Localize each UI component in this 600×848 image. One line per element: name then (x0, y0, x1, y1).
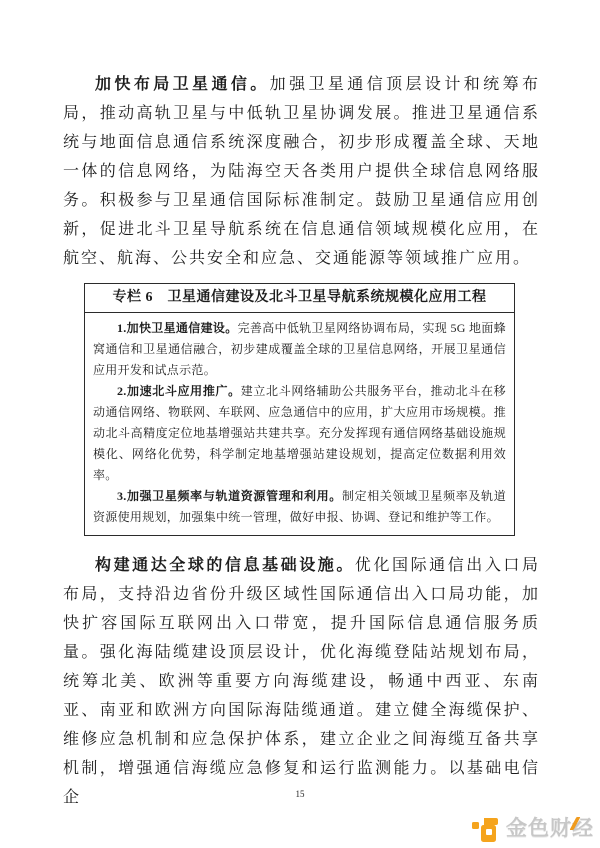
document-page: 加快布局卫星通信。加强卫星通信顶层设计和统筹布局，推动高轨卫星与中低轨卫星协调发… (0, 0, 600, 848)
box-body: 1.加快卫星通信建设。完善高中低轨卫星网络协调布局，实现 5G 地面蜂窝通信和卫… (85, 313, 514, 535)
box-item-lead: 3.加强卫星频率与轨道资源管理和利用。 (117, 489, 342, 503)
page-number: 15 (0, 789, 600, 799)
paragraph-global-infrastructure: 构建通达全球的信息基础设施。优化国际通信出入口局布局，支持沿边省份升级区域性国际… (63, 551, 540, 812)
paragraph-lead: 构建通达全球的信息基础设施。 (95, 557, 355, 574)
paragraph-lead: 加快布局卫星通信。 (95, 76, 270, 93)
box-item-2: 2.加速北斗应用推广。建立北斗网络辅助公共服务平台，推动北斗在移动通信网络、物联… (93, 381, 506, 486)
special-column-box: 专栏 6 卫星通信建设及北斗卫星导航系统规模化应用工程 1.加快卫星通信建设。完… (84, 283, 515, 536)
paragraph-body: 加强卫星通信顶层设计和统筹布局，推动高轨卫星与中低轨卫星协调发展。推进卫星通信系… (63, 76, 540, 267)
box-item-body: 建立北斗网络辅助公共服务平台，推动北斗在移动通信网络、物联网、车联网、应急通信中… (93, 384, 506, 482)
box-item-1: 1.加快卫星通信建设。完善高中低轨卫星网络协调布局，实现 5G 地面蜂窝通信和卫… (93, 318, 506, 381)
box-item-lead: 1.加快卫星通信建设。 (117, 321, 238, 335)
watermark: 金色财经 (472, 815, 594, 843)
paragraph-body: 优化国际通信出入口局布局，支持沿边省份升级区域性国际通信出入口局功能，加快扩容国… (63, 557, 540, 806)
box-item-3: 3.加强卫星频率与轨道资源管理和利用。制定相关领域卫星频率及轨道资源使用规划，加… (93, 486, 506, 528)
goldfinance-logo-icon (472, 815, 498, 843)
box-title: 专栏 6 卫星通信建设及北斗卫星导航系统规模化应用工程 (85, 284, 514, 313)
box-item-lead: 2.加速北斗应用推广。 (117, 384, 241, 398)
paragraph-satellite-communication: 加快布局卫星通信。加强卫星通信顶层设计和统筹布局，推动高轨卫星与中低轨卫星协调发… (63, 70, 540, 273)
watermark-text: 金色财经 (506, 816, 594, 842)
document-content: 加快布局卫星通信。加强卫星通信顶层设计和统筹布局，推动高轨卫星与中低轨卫星协调发… (63, 70, 540, 812)
